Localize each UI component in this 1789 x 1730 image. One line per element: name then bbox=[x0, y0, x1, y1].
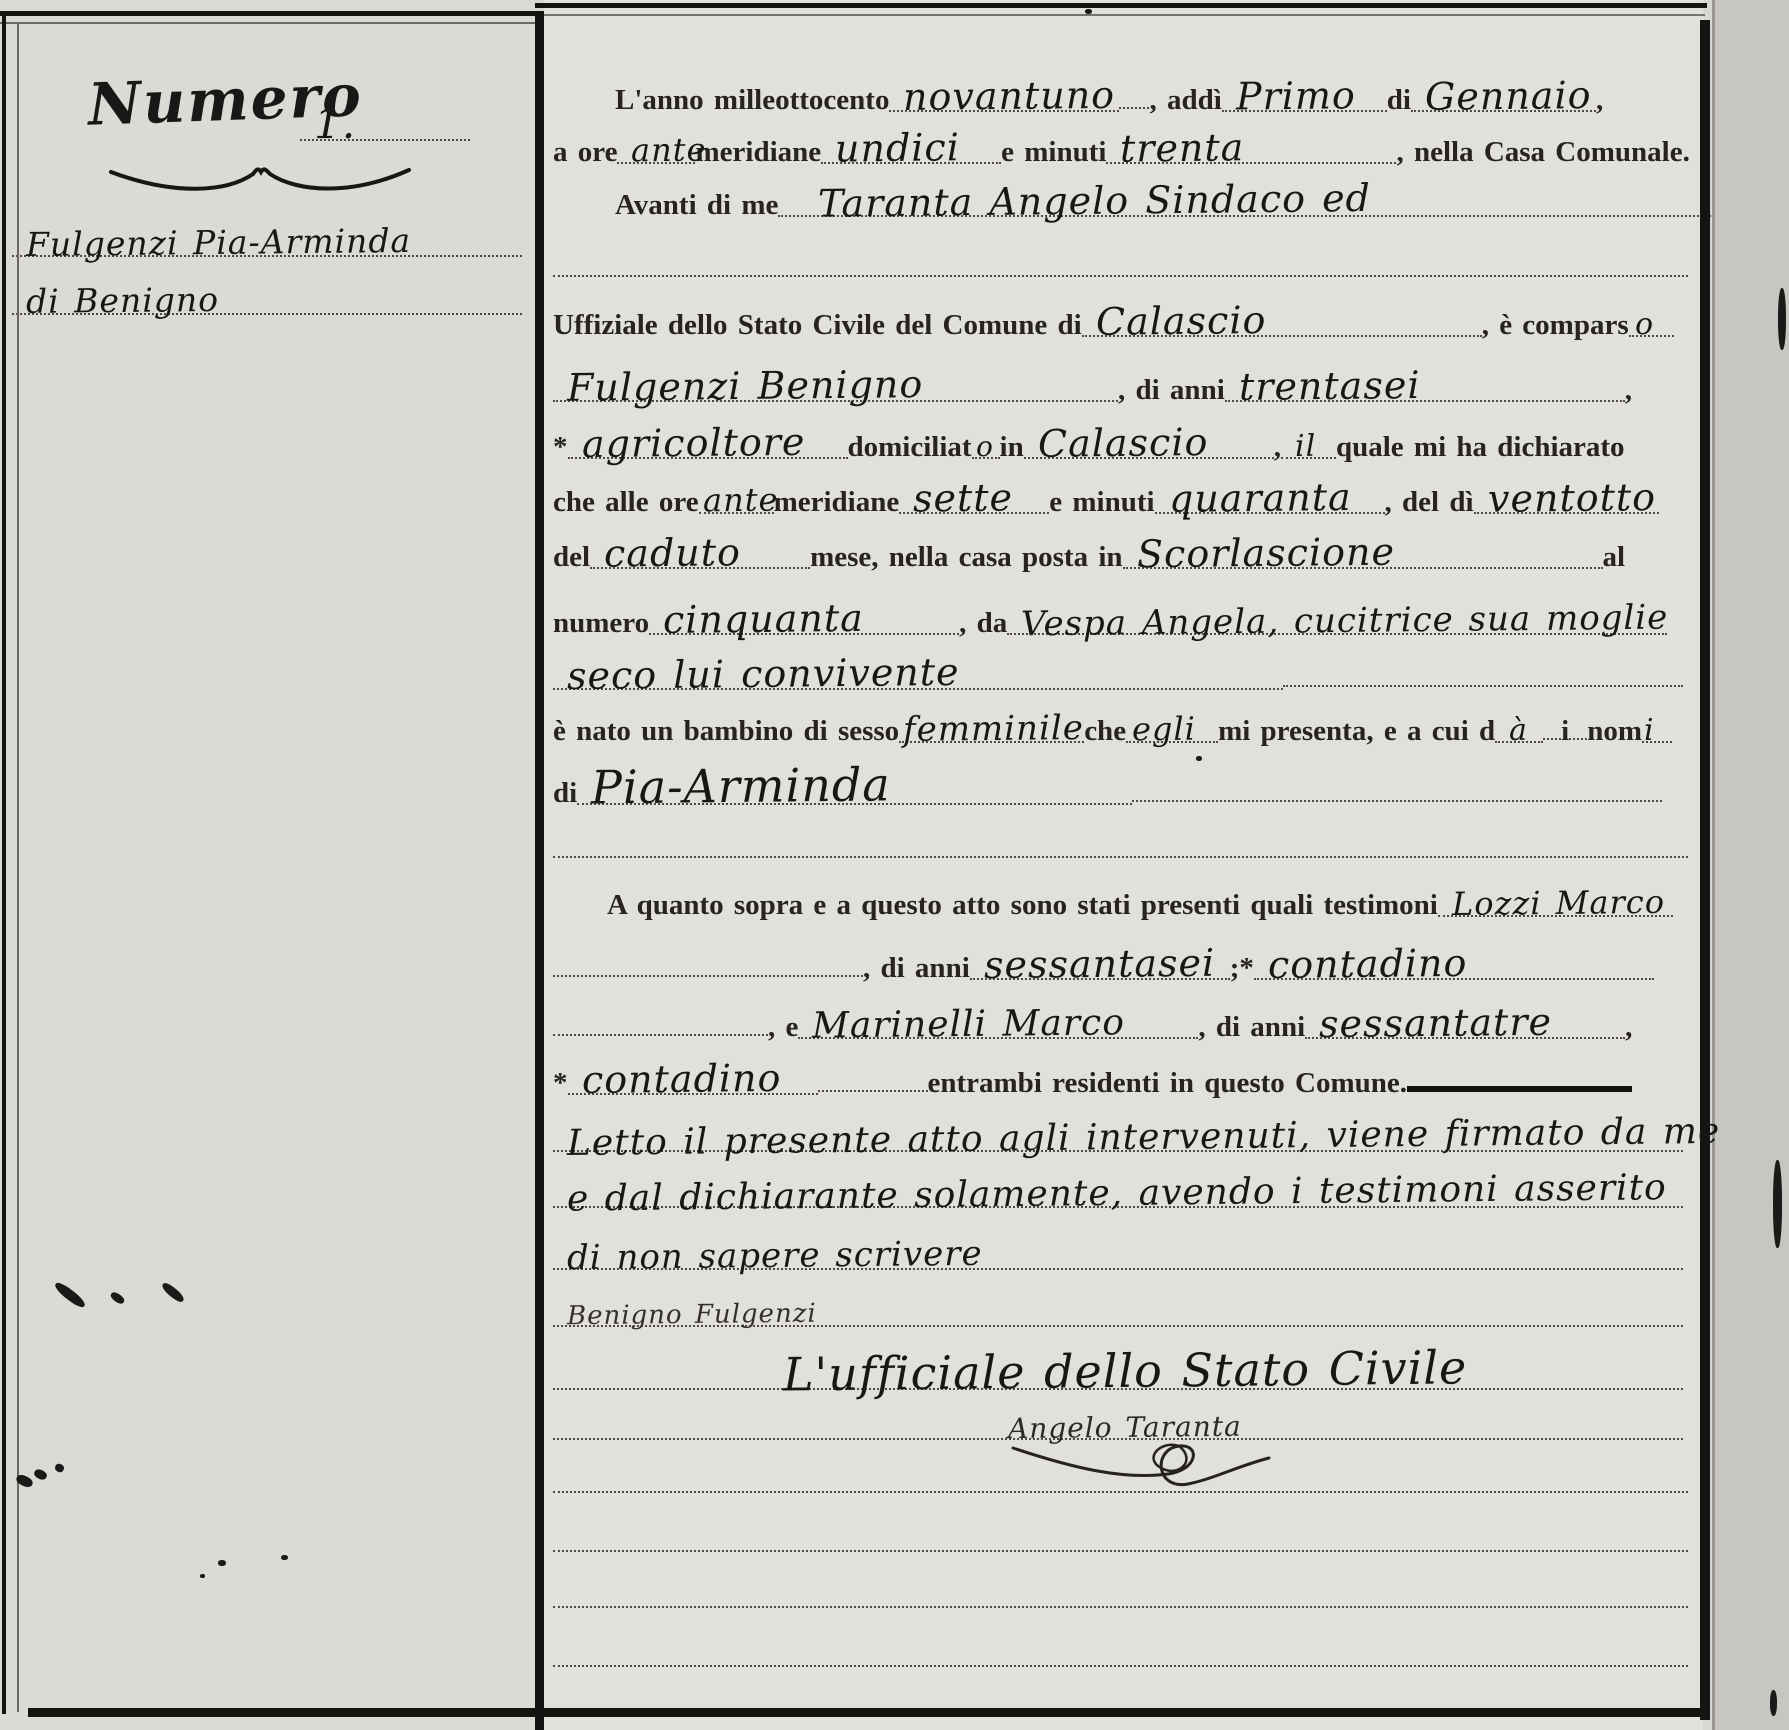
entry-gender-ending: o bbox=[1628, 305, 1653, 345]
slot-gender-ending: o bbox=[1629, 305, 1674, 345]
slot-witness2-age: sessantatre bbox=[1305, 1003, 1625, 1047]
printed-asterisk: * bbox=[553, 431, 568, 463]
margin-name-line-1: Fulgenzi Pia-Arminda bbox=[12, 223, 527, 263]
entry-witness1-name: Lozzi Marco bbox=[1438, 882, 1665, 924]
printed-number-label: numero bbox=[553, 607, 649, 639]
line-witnesses: A quanto sopra e a questo atto sono stat… bbox=[607, 883, 1673, 923]
ink-speck bbox=[1085, 9, 1092, 14]
slot-birth-hour: sette bbox=[899, 478, 1049, 522]
column-divider bbox=[535, 11, 544, 1730]
line-child-name: diPia-Arminda bbox=[553, 766, 1662, 806]
frame-top-left-outer bbox=[0, 11, 540, 16]
printed-domiciled: domiciliat bbox=[848, 431, 972, 463]
entry-birth-hour: sette bbox=[899, 477, 1013, 518]
margin-name-line-2: di Benigno bbox=[12, 281, 527, 321]
margin-number-slot: 1. bbox=[300, 104, 470, 149]
printed-comma: , bbox=[1625, 374, 1632, 406]
entry-birth-meridian: ante bbox=[698, 480, 778, 521]
blank-dotted-rule bbox=[553, 856, 1688, 858]
act-column: L'anno milleottocentonovantuno, addìPrim… bbox=[543, 0, 1703, 1730]
dotted-rule bbox=[1132, 800, 1662, 802]
line-declarant-signature: Benigno Fulgenzi bbox=[553, 1294, 1683, 1334]
margin-number-value: 1. bbox=[300, 104, 356, 145]
printed-comma: , bbox=[1596, 84, 1603, 116]
printed-before-me: Avanti di me bbox=[615, 189, 778, 221]
slot-official-signature: Angelo Taranta bbox=[553, 1408, 1683, 1448]
printed-witnesses-intro: A quanto sopra e a questo atto sono stat… bbox=[607, 889, 1438, 921]
line-blank-1 bbox=[553, 248, 1688, 288]
dotted-rule bbox=[553, 975, 863, 977]
ink-speck bbox=[218, 1560, 226, 1566]
printed-that-at: che alle ore bbox=[553, 486, 699, 518]
slot-official: Taranta Angelo Sindaco ed bbox=[778, 181, 1718, 225]
slot-closing-1: Letto il presente atto agli intervenuti,… bbox=[553, 1118, 1683, 1160]
printed-hour-label: a ore bbox=[553, 136, 617, 168]
slot-official-title: L'ufficiale dello Stato Civile bbox=[553, 1351, 1683, 1398]
registrant-name-2: di Benigno bbox=[12, 280, 219, 322]
scan-edge-line bbox=[1712, 0, 1715, 1730]
closing-statement-3: di non sapere scrivere bbox=[553, 1234, 983, 1278]
printed-house-in: mese, nella casa posta in bbox=[810, 541, 1122, 573]
entry-da-ending: à bbox=[1495, 711, 1528, 751]
line-child-sex: è nato un bambino di sessofemminilecheeg… bbox=[553, 709, 1672, 749]
line-blank-4 bbox=[553, 1523, 1688, 1563]
dotted-rule bbox=[1119, 107, 1149, 109]
frame-left-inner bbox=[17, 22, 19, 1712]
entry-birth-minutes: quaranta bbox=[1154, 477, 1351, 519]
slot-birth-meridian: ante bbox=[699, 480, 774, 522]
slot-witness2-occupation: contadino bbox=[568, 1059, 818, 1103]
line-official-title: L'ufficiale dello Stato Civile bbox=[553, 1351, 1683, 1391]
line-birth-time: che alle oreantemeridianesettee minutiqu… bbox=[553, 478, 1659, 518]
entry-birth-day: ventotto bbox=[1473, 477, 1655, 519]
entry-mother: Vespa Angela, cucitrice sua moglie bbox=[1007, 598, 1669, 645]
entry-year: novantuno bbox=[889, 75, 1115, 117]
slot-hour: undici bbox=[821, 128, 1001, 172]
line-hour: a oreantemeridianeundicie minutitrenta, … bbox=[553, 128, 1690, 168]
printed-both-residents: entrambi residenti in questo Comune. bbox=[928, 1067, 1408, 1099]
slot-witness2: Marinelli Marco bbox=[798, 1005, 1198, 1047]
slot-house-number: cinquanta bbox=[649, 599, 959, 643]
blank-dotted-rule bbox=[553, 1550, 1688, 1552]
line-witness2: , eMarinelli Marco, di annisessantatre, bbox=[553, 1003, 1632, 1043]
slot-witness1-age: sessantasei bbox=[970, 944, 1230, 988]
slot-birth-minutes: quaranta bbox=[1155, 478, 1385, 522]
slot-da-ending: à bbox=[1495, 711, 1543, 751]
scan-edge-band bbox=[1712, 0, 1789, 1730]
entry-sex: femminile bbox=[899, 708, 1084, 750]
signature-official: Angelo Taranta bbox=[994, 1407, 1242, 1450]
printed-and: , e bbox=[768, 1011, 798, 1043]
blank-dotted-rule bbox=[553, 275, 1688, 277]
margin-name-slot-1: Fulgenzi Pia-Arminda bbox=[12, 223, 522, 265]
entry-child-name: Pia-Arminda bbox=[577, 764, 891, 807]
entry-nomi-ending: i bbox=[1642, 711, 1655, 751]
line-closing-2: e dal dichiarante solamente, avendo i te… bbox=[553, 1174, 1683, 1214]
entry-witness1-age: sessantasei bbox=[970, 943, 1216, 986]
blank-dotted-rule bbox=[553, 1491, 1688, 1493]
slot-day: Primo bbox=[1222, 76, 1387, 120]
slot-birth-place: Scorlascione bbox=[1123, 533, 1603, 577]
blank-dotted-rule bbox=[553, 1665, 1688, 1667]
signature-official-title: L'ufficiale dello Stato Civile bbox=[769, 1347, 1468, 1394]
printed-i: i bbox=[1561, 715, 1569, 747]
slot-declarant-age: trentasei bbox=[1225, 366, 1625, 410]
ornament-brace bbox=[105, 146, 415, 194]
printed-in: in bbox=[1000, 431, 1024, 463]
dotted-rule bbox=[1283, 685, 1683, 687]
entry-declarant-age: trentasei bbox=[1225, 365, 1421, 407]
slot-month: Gennaio bbox=[1411, 76, 1596, 120]
printed-born-child: è nato un bambino di sesso bbox=[553, 715, 899, 747]
entry-domicile: Calascio bbox=[1024, 422, 1209, 464]
dotted-rule bbox=[553, 1034, 768, 1036]
printed-minutes-label: e minuti bbox=[1049, 486, 1154, 518]
line-official-signature: Angelo Taranta bbox=[553, 1408, 1683, 1448]
frame-top-main-inner bbox=[540, 14, 1705, 16]
printed-da: , da bbox=[959, 607, 1007, 639]
line-blank-3 bbox=[553, 1464, 1688, 1504]
line-house-number: numerocinquanta, daVespa Angela, cucitri… bbox=[553, 599, 1667, 639]
slot-cohabiting: seco lui convivente bbox=[553, 654, 1283, 698]
slot-witness1: Lozzi Marco bbox=[1438, 883, 1673, 925]
line-witness2-occupation: *contadinoentrambi residenti in questo C… bbox=[553, 1059, 1632, 1099]
scan-edge-mark bbox=[1770, 1690, 1777, 1716]
slot-presenter: egli bbox=[1126, 709, 1218, 751]
dotted-rule bbox=[1569, 738, 1587, 740]
line-birth-place: delcadutomese, nella casa posta inScorla… bbox=[553, 533, 1625, 573]
slot-year: novantuno bbox=[889, 76, 1119, 120]
line-comune: Uffiziale dello Stato Civile del Comune … bbox=[553, 301, 1674, 341]
entry-minutes: trenta bbox=[1106, 127, 1245, 168]
line-blank-6 bbox=[553, 1638, 1688, 1678]
slot-occupation: agricoltore bbox=[568, 423, 848, 467]
printed-che: che bbox=[1084, 715, 1126, 747]
line-closing-1: Letto il presente atto agli intervenuti,… bbox=[553, 1118, 1683, 1158]
printed-al: al bbox=[1603, 541, 1626, 573]
printed-meridiane: meridiane bbox=[774, 486, 900, 518]
entry-witness2-age: sessantatre bbox=[1305, 1002, 1552, 1045]
scan-edge-mark bbox=[1773, 1160, 1782, 1248]
entry-witness1-occupation: contadino bbox=[1254, 943, 1468, 985]
entry-month: Gennaio bbox=[1411, 75, 1592, 117]
margin-name-slot-2: di Benigno bbox=[12, 281, 522, 323]
birth-record-scan: Numero 1. Fulgenzi Pia-Arminda di Benign… bbox=[0, 0, 1789, 1730]
closing-statement-1: Letto il presente atto agli intervenuti,… bbox=[553, 1112, 1721, 1164]
printed-di: di bbox=[553, 777, 577, 809]
printed-of-the: del bbox=[553, 541, 590, 573]
dotted-rule bbox=[818, 1090, 928, 1092]
line-witness1-age: , di annisessantasei;*contadino bbox=[553, 944, 1654, 984]
entry-house-number: cinquanta bbox=[649, 598, 864, 640]
printed-day-label: , addì bbox=[1149, 84, 1221, 116]
entry-official-name: Taranta Angelo Sindaco ed bbox=[778, 178, 1371, 224]
entry-birth-month: caduto bbox=[590, 532, 741, 574]
line-year-date: L'anno milleottocentonovantuno, addìPrim… bbox=[615, 76, 1603, 116]
slot-sex: femminile bbox=[899, 709, 1084, 751]
scan-edge-mark bbox=[1778, 288, 1786, 350]
entry-meridian: ante bbox=[617, 130, 707, 171]
slot-child-name: Pia-Arminda bbox=[577, 766, 1132, 813]
registrant-name: Fulgenzi Pia-Arminda bbox=[12, 221, 412, 265]
frame-bottom bbox=[28, 1708, 1708, 1717]
line-declarant: Fulgenzi Benigno, di annitrentasei, bbox=[553, 366, 1632, 406]
slot-domicile: Calascio bbox=[1024, 423, 1274, 467]
printed-asterisk: ;* bbox=[1230, 952, 1254, 984]
printed-asterisk: * bbox=[553, 1067, 568, 1099]
printed-age-label: , di anni bbox=[1198, 1011, 1305, 1043]
printed-meridiane: meridiane bbox=[695, 136, 821, 168]
printed-registrar-title: Uffiziale dello Stato Civile del Comune … bbox=[553, 309, 1082, 341]
printed-of: di bbox=[1387, 84, 1411, 116]
signature-declarant: Benigno Fulgenzi bbox=[553, 1294, 817, 1337]
entry-domiciled-ending: o bbox=[971, 427, 993, 467]
printed-age-label: , di anni bbox=[863, 952, 970, 984]
entry-birth-place: Scorlascione bbox=[1122, 532, 1394, 575]
frame-top-left-inner bbox=[0, 22, 535, 24]
margin-column: Numero 1. Fulgenzi Pia-Arminda di Benign… bbox=[0, 0, 535, 1730]
dotted-rule bbox=[1543, 738, 1561, 740]
entry-presenter: egli bbox=[1126, 709, 1196, 750]
line-blank-2 bbox=[553, 829, 1688, 869]
entry-witness2-name: Marinelli Marco bbox=[798, 1003, 1125, 1046]
ink-speck bbox=[200, 1574, 205, 1578]
printed-comma: , bbox=[1625, 1011, 1632, 1043]
frame-right bbox=[1700, 20, 1710, 1720]
printed-declared-to-me: quale mi ha dichiarato bbox=[1336, 431, 1625, 463]
slot-declarant: Fulgenzi Benigno bbox=[553, 366, 1118, 410]
slot-domiciled-ending: o bbox=[972, 427, 1000, 467]
entry-witness2-occupation: contadino bbox=[567, 1058, 781, 1100]
slot-nomi-ending: i bbox=[1642, 711, 1672, 751]
slot-il: il bbox=[1281, 427, 1336, 467]
margin-number-line: 1. bbox=[300, 104, 500, 144]
printed-age-label: , di anni bbox=[1118, 374, 1225, 406]
solid-rule bbox=[1407, 1086, 1632, 1092]
slot-comune: Calascio bbox=[1082, 301, 1482, 345]
slot-birth-month: caduto bbox=[590, 533, 810, 577]
entry-il: il bbox=[1281, 427, 1317, 467]
printed-on-day: , del dì bbox=[1385, 486, 1474, 518]
slot-closing-3: di non sapere scrivere bbox=[553, 1236, 1683, 1278]
entry-occupation: agricoltore bbox=[567, 422, 805, 464]
entry-hour: undici bbox=[821, 127, 960, 168]
blank-dotted-rule bbox=[553, 1606, 1688, 1608]
closing-statement-2: e dal dichiarante solamente, avendo i te… bbox=[553, 1168, 1667, 1220]
printed-casa-comunale: , nella Casa Comunale. bbox=[1396, 136, 1689, 168]
printed-year-label: L'anno milleottocento bbox=[615, 84, 889, 116]
printed-minutes-label: e minuti bbox=[1001, 136, 1106, 168]
printed-appeared: , è compars bbox=[1482, 309, 1629, 341]
line-cohabiting: seco lui convivente bbox=[553, 654, 1683, 694]
line-blank-5 bbox=[553, 1579, 1688, 1619]
line-official: Avanti di meTaranta Angelo Sindaco ed bbox=[615, 181, 1718, 221]
slot-closing-2: e dal dichiarante solamente, avendo i te… bbox=[553, 1174, 1683, 1216]
entry-declarant-name: Fulgenzi Benigno bbox=[553, 364, 924, 408]
slot-mother: Vespa Angela, cucitrice sua moglie bbox=[1007, 601, 1667, 643]
frame-left-outer bbox=[2, 11, 6, 1714]
line-occupation: *agricoltoredomiciliatoinCalascio,ilqual… bbox=[553, 423, 1625, 463]
slot-meridian: ante bbox=[617, 130, 695, 172]
printed-nom: nom bbox=[1587, 715, 1642, 747]
entry-comune: Calascio bbox=[1081, 300, 1266, 342]
slot-declarant-signature: Benigno Fulgenzi bbox=[553, 1294, 1683, 1335]
ink-speck bbox=[281, 1555, 288, 1560]
frame-top-main-outer bbox=[535, 3, 1707, 8]
entry-cohabiting: seco lui convivente bbox=[553, 652, 960, 696]
slot-minutes: trenta bbox=[1106, 128, 1396, 172]
ink-speck bbox=[1196, 756, 1202, 761]
printed-presents: mi presenta, e a cui d bbox=[1218, 715, 1495, 747]
entry-day: Primo bbox=[1222, 75, 1356, 116]
slot-witness1-occupation: contadino bbox=[1254, 944, 1654, 988]
line-closing-3: di non sapere scrivere bbox=[553, 1236, 1683, 1276]
slot-birth-day: ventotto bbox=[1474, 478, 1659, 522]
